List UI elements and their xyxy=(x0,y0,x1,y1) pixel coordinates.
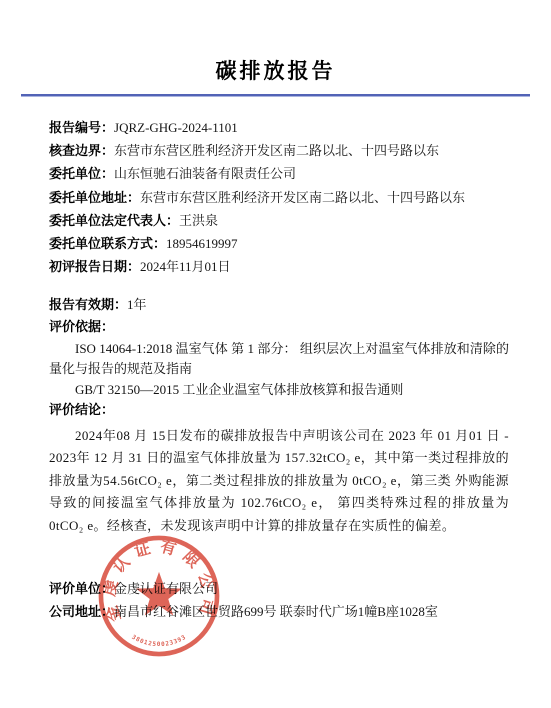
info-row-client-address: 委托单位地址：东营市东营区胜利经济开发区南二路以北、十四号路以东 xyxy=(49,186,509,209)
footer-row-company-address: 公司地址：南昌市红谷滩区世贸路699号 联泰时代广场1幢B座1028室 xyxy=(49,601,438,624)
field-value: 东营市东营区胜利经济开发区南二路以北、十四号路以东 xyxy=(140,190,465,205)
field-label: 委托单位： xyxy=(49,167,114,182)
field-value: 18954619997 xyxy=(166,236,238,251)
conclusion-heading: 评价结论： xyxy=(49,400,509,422)
report-page: 碳排放报告 报告编号：JQRZ-GHG-2024-1101 核查边界：东营市东营… xyxy=(0,0,551,708)
info-row-verification-boundary: 核查边界：东营市东营区胜利经济开发区南二路以北、十四号路以东 xyxy=(49,139,509,162)
field-value: JQRZ-GHG-2024-1101 xyxy=(114,120,238,135)
field-label: 公司地址： xyxy=(49,605,114,620)
field-value: 王洪泉 xyxy=(179,213,218,228)
footer-block: 评价单位：金虔认证有限公司 公司地址：南昌市红谷滩区世贸路699号 联泰时代广场… xyxy=(49,578,438,623)
field-value: 山东恒驰石油装备有限责任公司 xyxy=(114,166,296,181)
field-label: 报告编号： xyxy=(49,121,114,136)
info-row-contact: 委托单位联系方式：18954619997 xyxy=(49,232,509,255)
seal-serial-number: 3801250023393 xyxy=(130,634,187,649)
evaluation-basis-section: 评价依据： ISO 14064-1:2018 温室气体 第 1 部分： 组织层次… xyxy=(49,317,509,400)
field-value: 东营市东营区胜利经济开发区南二路以北、十四号路以东 xyxy=(114,143,439,158)
page-title: 碳排放报告 xyxy=(0,0,551,85)
field-label: 委托单位法定代表人： xyxy=(49,214,179,229)
evaluation-conclusion-section: 评价结论： 2024年08 月 15日发布的碳排放报告中声明该公司在 2023 … xyxy=(49,400,509,538)
field-label: 初评报告日期： xyxy=(49,260,140,275)
footer-row-evaluation-unit: 评价单位：金虔认证有限公司 xyxy=(49,578,438,601)
field-value: 2024年11月01日 xyxy=(140,259,231,274)
field-label: 委托单位地址： xyxy=(49,191,140,206)
info-block: 报告编号：JQRZ-GHG-2024-1101 核查边界：东营市东营区胜利经济开… xyxy=(49,116,509,278)
field-value: 1年 xyxy=(127,297,147,312)
field-value: 金虔认证有限公司 xyxy=(114,581,218,596)
basis-item-iso: ISO 14064-1:2018 温室气体 第 1 部分： 组织层次上对温室气体… xyxy=(49,339,509,379)
info-row-client: 委托单位：山东恒驰石油装备有限责任公司 xyxy=(49,162,509,185)
basis-heading: 评价依据： xyxy=(49,317,509,339)
field-label: 核查边界： xyxy=(49,144,114,159)
field-value: 南昌市红谷滩区世贸路699号 联泰时代广场1幢B座1028室 xyxy=(114,604,438,619)
field-label: 评价单位： xyxy=(49,582,114,597)
field-label: 报告有效期： xyxy=(49,298,127,313)
info-row-initial-report-date: 初评报告日期：2024年11月01日 xyxy=(49,255,509,278)
info-row-validity: 报告有效期：1年 xyxy=(49,293,509,316)
basis-item-gbt: GB/T 32150—2015 工业企业温室气体排放核算和报告通则 xyxy=(49,380,509,400)
info-row-report-number: 报告编号：JQRZ-GHG-2024-1101 xyxy=(49,116,509,139)
field-label: 委托单位联系方式： xyxy=(49,237,166,252)
info-row-legal-representative: 委托单位法定代表人：王洪泉 xyxy=(49,209,509,232)
conclusion-paragraph: 2024年08 月 15日发布的碳排放报告中声明该公司在 2023 年 01 月… xyxy=(49,425,509,538)
report-body: 报告编号：JQRZ-GHG-2024-1101 核查边界：东营市东营区胜利经济开… xyxy=(0,97,551,537)
